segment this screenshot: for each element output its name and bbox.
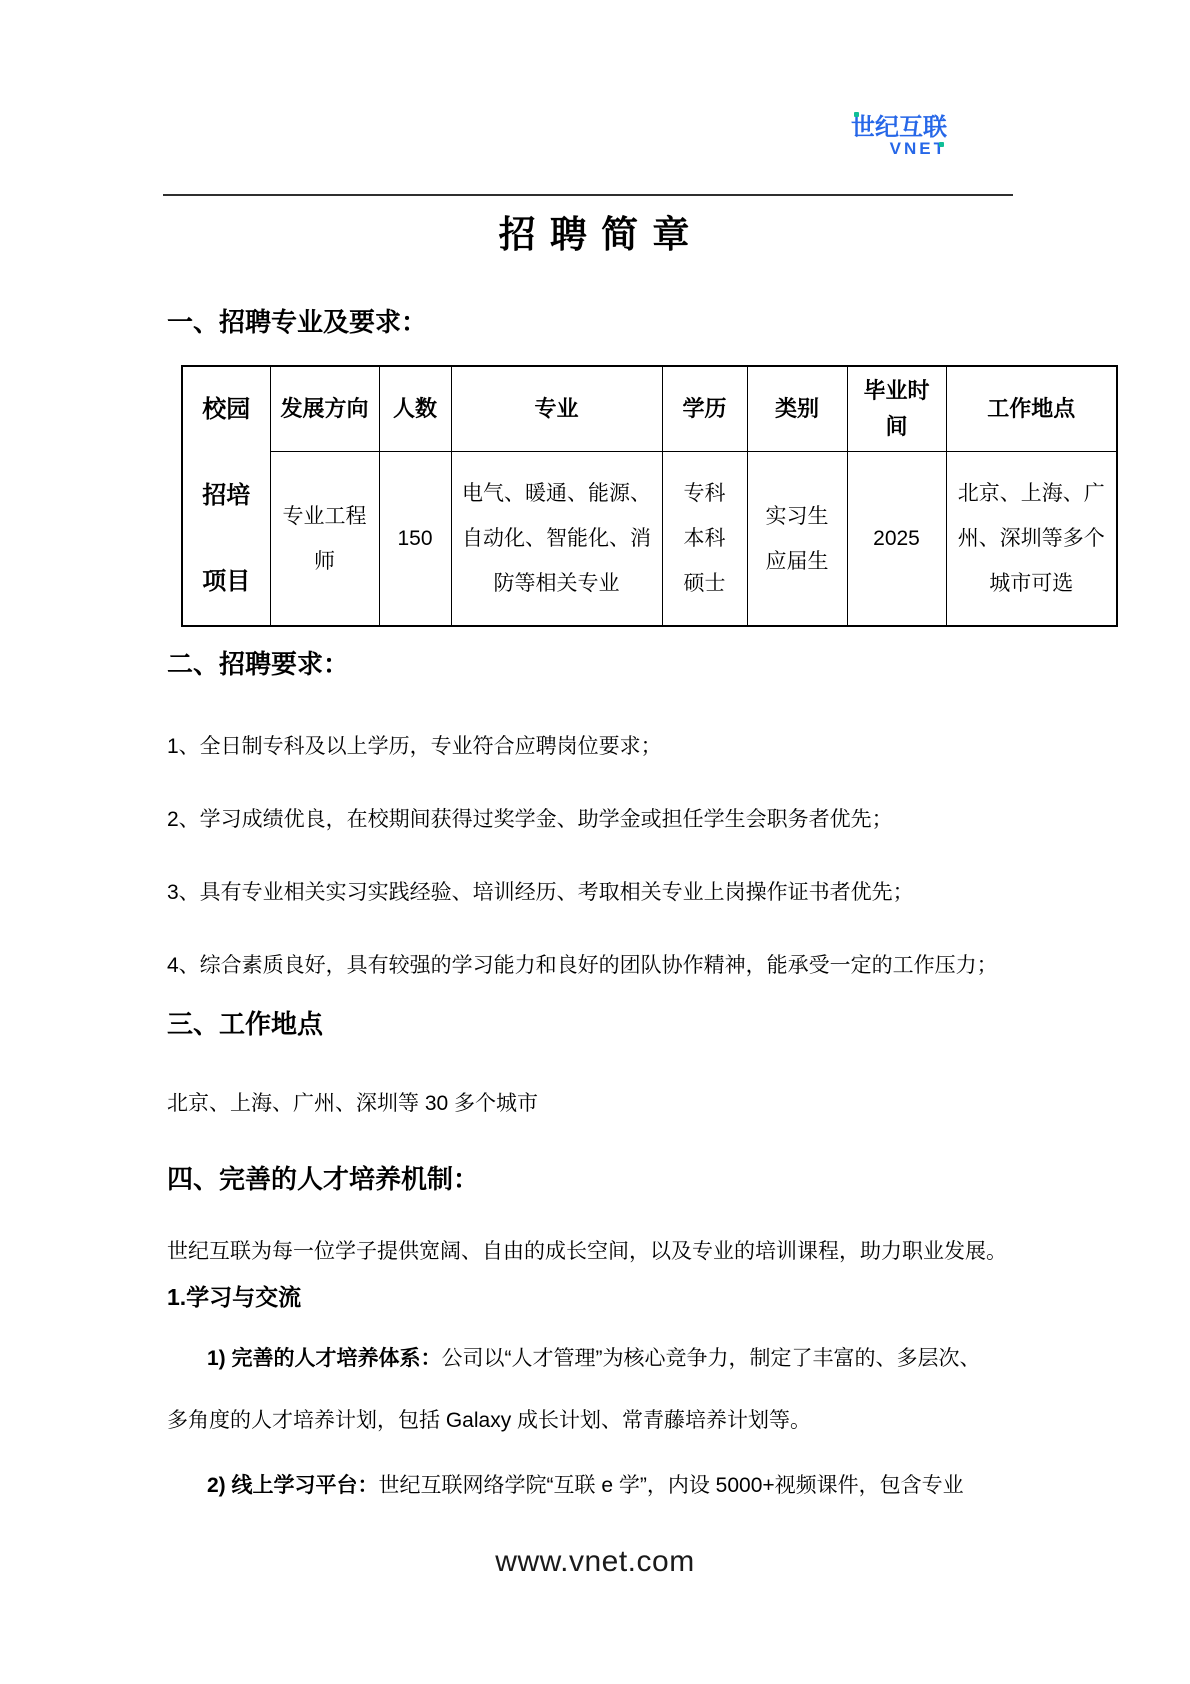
paragraph-1-continuation: 多角度的人才培养计划，包括 Galaxy 成长计划、常青藤培养计划等。 [167,1407,1067,1435]
logo-cn-text: 世纪互联 [851,115,947,141]
paragraph-1-label: 1) 完善的人才培养体系： [207,1347,442,1370]
table-header-direction: 发展方向 [270,366,379,452]
table-cell-direction: 专业工程 师 [270,452,379,627]
requirement-item: 4、综合素质良好，具有较强的学习能力和良好的团队协作精神，能承受一定的工作压力； [167,952,1067,980]
section-2-heading: 二、招聘要求： [167,648,349,680]
paragraph-2-label: 2) 线上学习平台： [207,1474,379,1497]
table-cell-graduation-time: 2025 [847,452,946,627]
paragraph-2: 2) 线上学习平台：世纪互联网络学院“互联 e 学”，内设 5000+视频课件，… [167,1472,1067,1500]
requirement-item: 1、全日制专科及以上学历，专业符合应聘岗位要求； [167,733,1067,761]
table-cell-category: 实习生 应届生 [747,452,847,627]
requirements-list: 1、全日制专科及以上学历，专业符合应聘岗位要求； 2、学习成绩优良，在校期间获得… [167,733,1067,1025]
requirement-item: 2、学习成绩优良，在校期间获得过奖学金、助学金或担任学生会职务者优先； [167,806,1067,834]
paragraph-1: 1) 完善的人才培养体系：公司以“人才管理”为核心竞争力，制定了丰富的、多层次、 [167,1345,1067,1373]
table-cell-work-location: 北京、上海、广 州、深圳等多个 城市可选 [946,452,1117,627]
section-4-heading: 四、完善的人才培养机制： [167,1163,479,1195]
table-header-education: 学历 [662,366,747,452]
table-header-category: 类别 [747,366,847,452]
paragraph-2-text: 世纪互联网络学院“互联 e 学”，内设 5000+视频课件，包含专业 [379,1474,964,1497]
table-header-graduation-time: 毕业时 间 [847,366,946,452]
subsection-1-heading: 1.学习与交流 [167,1283,301,1311]
section-3-heading: 三、工作地点 [167,1008,323,1040]
table-header-headcount: 人数 [379,366,451,452]
document-title: 招 聘 简 章 [0,212,1190,258]
document-page: 世纪互联 VNET 招 聘 简 章 一、招聘专业及要求： 校园 招培 项目 发展… [0,0,1190,1684]
table-cell-headcount: 150 [379,452,451,627]
logo-accent-dot [939,142,944,147]
section-1-heading: 一、招聘专业及要求： [167,306,427,338]
paragraph-1-text: 公司以“人才管理”为核心竞争力，制定了丰富的、多层次、 [442,1347,981,1370]
table-row-label: 校园 招培 项目 [182,366,270,626]
recruitment-table: 校园 招培 项目 发展方向 人数 专业 学历 类别 毕业时 间 工作地点 专业工… [181,365,1118,627]
logo-accent-dot [854,112,859,117]
requirement-item: 3、具有专业相关实习实践经验、培训经历、考取相关专业上岗操作证书者优先； [167,879,1067,907]
work-locations-text: 北京、上海、广州、深圳等 30 多个城市 [167,1090,1067,1118]
table-cell-major: 电气、暖通、能源、 自动化、智能化、消 防等相关专业 [451,452,662,627]
logo-en-text: VNET [851,140,947,158]
footer-url: www.vnet.com [0,1545,1190,1579]
table-header-work-location: 工作地点 [946,366,1117,452]
company-logo: 世纪互联 VNET [851,115,947,158]
header-divider-line [163,194,1013,196]
table-cell-education: 专科 本科 硕士 [662,452,747,627]
table-header-major: 专业 [451,366,662,452]
talent-intro-text: 世纪互联为每一位学子提供宽阔、自由的成长空间，以及专业的培训课程，助力职业发展。 [167,1238,1067,1266]
